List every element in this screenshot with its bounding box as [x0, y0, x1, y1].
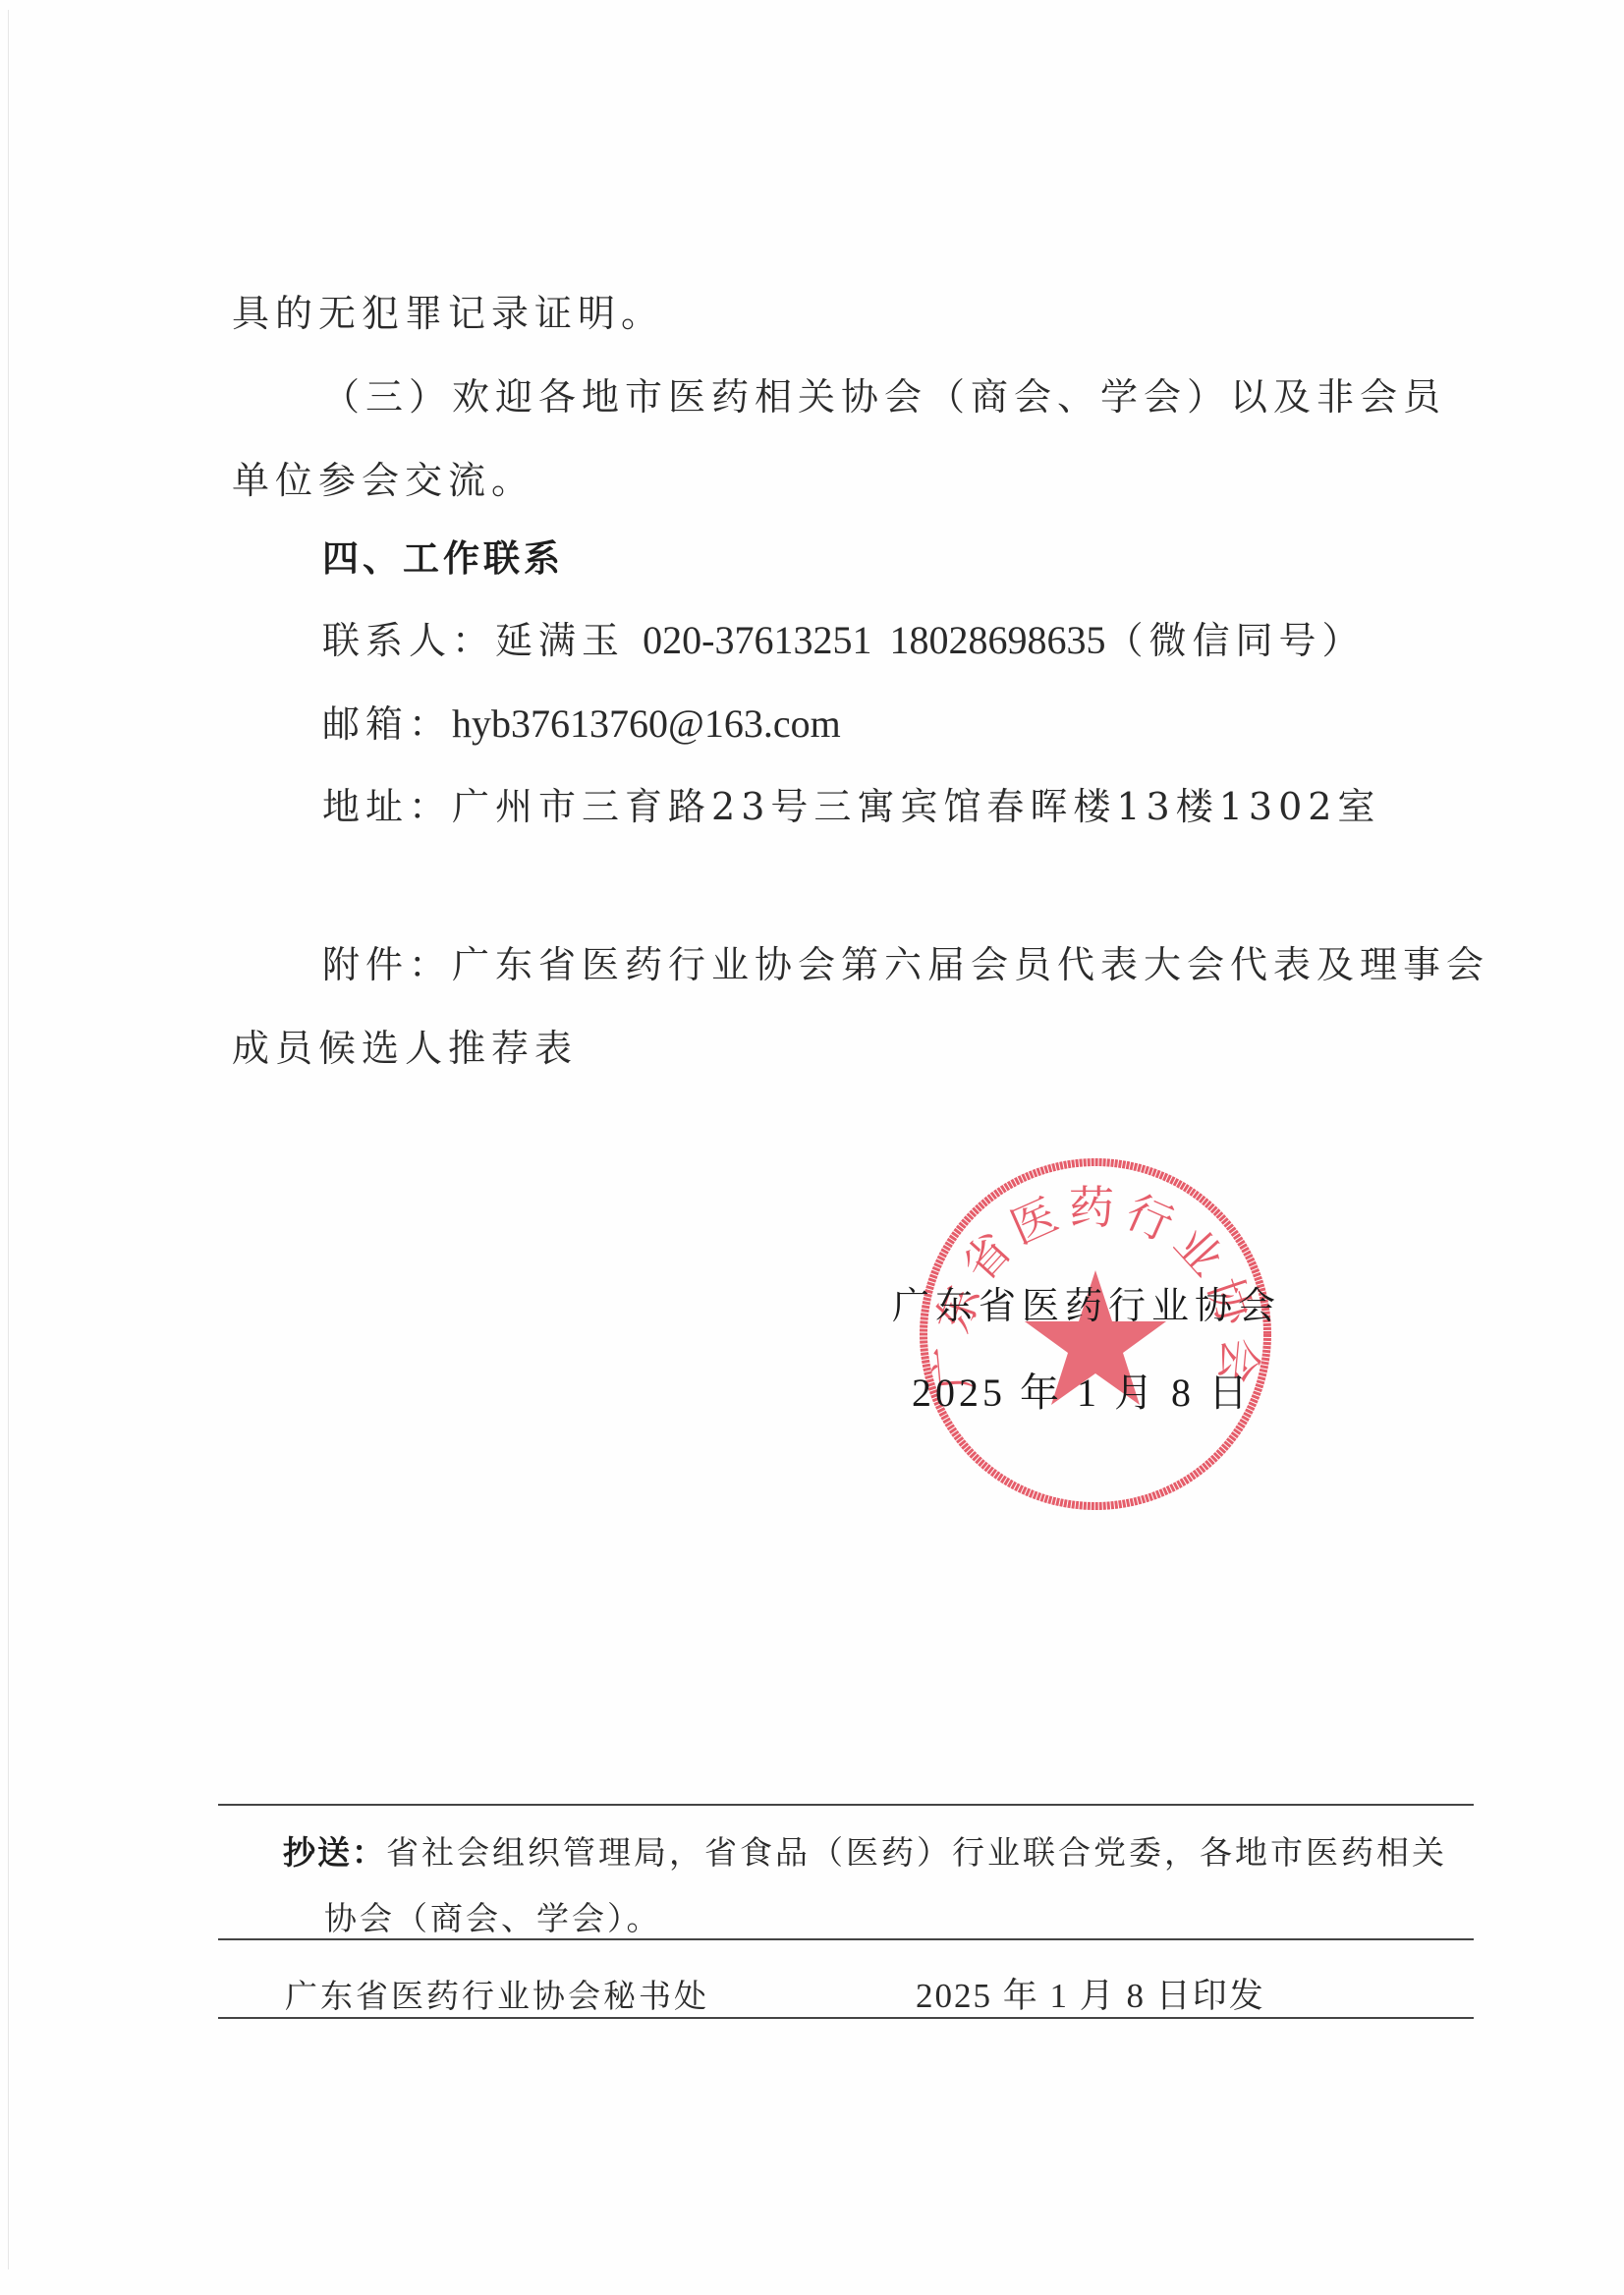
cc-line-1: 抄送：省社会组织管理局，省食品（医药）行业联合党委，各地市医药相关: [283, 1827, 1447, 1874]
signature-date: 2025 年 1 月 8 日: [912, 1362, 1252, 1418]
contact-phone: 020-37613251: [643, 618, 871, 662]
contact-line: 联系人：延满玉 020-37613251 18028698635（微信同号）: [322, 621, 1366, 660]
item-3-line-1: （三）欢迎各地市医药相关协会（商会、学会）以及非会员: [322, 378, 1446, 416]
cc-recipients: 省社会组织管理局，省食品（医药）行业联合党委，各地市医药相关: [386, 1833, 1447, 1872]
issuer: 广东省医药行业协会秘书处: [285, 1971, 709, 2017]
item-3-line-2: 单位参会交流。: [232, 462, 534, 499]
issue-date: 2025 年 1 月 8 日印发: [916, 1969, 1265, 2018]
scan-edge: [8, 10, 9, 2269]
contact-mobile-note: （微信同号）: [1106, 619, 1366, 662]
cc-line-2: 协会（商会、学会）。: [324, 1893, 662, 1939]
cc-label: 抄送：: [283, 1833, 386, 1872]
contact-label: 联系人：: [322, 619, 495, 662]
footer-rule-middle: [218, 1938, 1474, 1940]
section-heading-contact: 四、工作联系: [322, 540, 564, 577]
address-line: 地址：广州市三育路23号三寓宾馆春晖楼13楼1302室: [322, 788, 1380, 825]
email-address[interactable]: hyb37613760@163.com: [452, 701, 841, 746]
paragraph-continuation: 具的无犯罪记录证明。: [232, 295, 664, 332]
contact-mobile: 18028698635: [890, 618, 1106, 662]
attachment-line-2: 成员候选人推荐表: [232, 1030, 578, 1067]
document-page: 具的无犯罪记录证明。 （三）欢迎各地市医药相关协会（商会、学会）以及非会员 单位…: [0, 0, 1624, 2295]
footer-rule-top: [218, 1804, 1474, 1806]
signature-organization: 广东省医药行业协会: [892, 1275, 1281, 1329]
official-seal-icon: 广东省医药行业协会: [916, 1154, 1275, 1514]
email-line: 邮箱：hyb37613760@163.com: [322, 704, 841, 744]
address-value: 广州市三育路23号三寓宾馆春晖楼13楼1302室: [452, 785, 1380, 828]
contact-name: 延满玉: [495, 619, 625, 662]
email-label: 邮箱：: [322, 702, 452, 746]
attachment-line-1: 附件：广东省医药行业协会第六届会员代表大会代表及理事会: [322, 946, 1489, 983]
address-label: 地址：: [322, 785, 452, 828]
footer-rule-bottom: [218, 2017, 1474, 2019]
